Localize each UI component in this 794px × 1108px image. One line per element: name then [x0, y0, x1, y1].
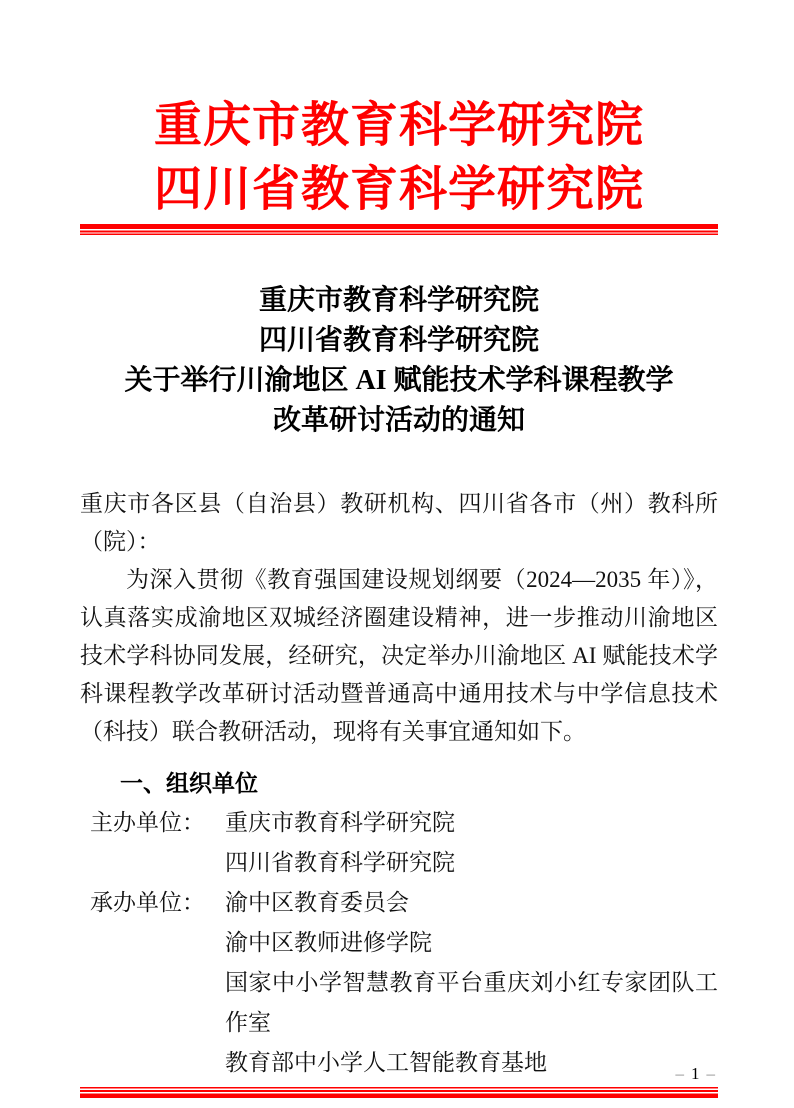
page-number-dash-left: – [676, 1064, 685, 1083]
document-title-line-2: 四川省教育科学研究院 [80, 321, 718, 361]
document-title: 重庆市教育科学研究院 四川省教育科学研究院 关于举行川渝地区 AI 赋能技术学科… [80, 281, 718, 441]
body-paragraph: 为深入贯彻《教育强国建设规划纲要（2024—2035 年）》，认真落实成渝地区双… [80, 561, 718, 751]
organizer-unit-1: 渝中区教育委员会 [225, 890, 409, 915]
organizer-unit-4: 教育部中小学人工智能教育基地 [80, 1043, 718, 1083]
organizer-unit-3: 国家中小学智慧教育平台重庆刘小红专家团队工作室 [80, 963, 718, 1043]
page-footer: –1– [669, 1064, 723, 1084]
host-unit-row: 主办单位：重庆市教育科学研究院 [80, 803, 718, 843]
document-page: 重庆市教育科学研究院 四川省教育科学研究院 重庆市教育科学研究院 四川省教育科学… [0, 0, 794, 1108]
letterhead-org-2: 四川省教育科学研究院 [80, 158, 718, 222]
letterhead-double-rule [80, 224, 718, 235]
page-number-dash-right: – [707, 1064, 716, 1083]
section-heading-organizers: 一、组织单位 [80, 763, 718, 803]
document-title-line-1: 重庆市教育科学研究院 [80, 281, 718, 321]
host-label: 主办单位： [90, 803, 225, 843]
organizer-unit-row: 承办单位：渝中区教育委员会 [80, 883, 718, 923]
letterhead: 重庆市教育科学研究院 四川省教育科学研究院 [80, 94, 718, 235]
host-unit-1: 重庆市教育科学研究院 [225, 810, 455, 835]
organizer-label: 承办单位： [90, 883, 225, 923]
letterhead-org-1: 重庆市教育科学研究院 [80, 94, 718, 158]
organizer-unit-2: 渝中区教师进修学院 [80, 923, 718, 963]
document-title-line-3: 关于举行川渝地区 AI 赋能技术学科课程教学 [80, 361, 718, 401]
salutation: 重庆市各区县（自治县）教研机构、四川省各市（州）教科所（院）： [80, 485, 718, 561]
document-body: 重庆市各区县（自治县）教研机构、四川省各市（州）教科所（院）： 为深入贯彻《教育… [80, 485, 718, 1098]
page-number: 1 [691, 1064, 700, 1083]
document-title-line-4: 改革研讨活动的通知 [80, 401, 718, 441]
footer-double-rule [80, 1087, 718, 1098]
host-unit-2: 四川省教育科学研究院 [80, 843, 718, 883]
